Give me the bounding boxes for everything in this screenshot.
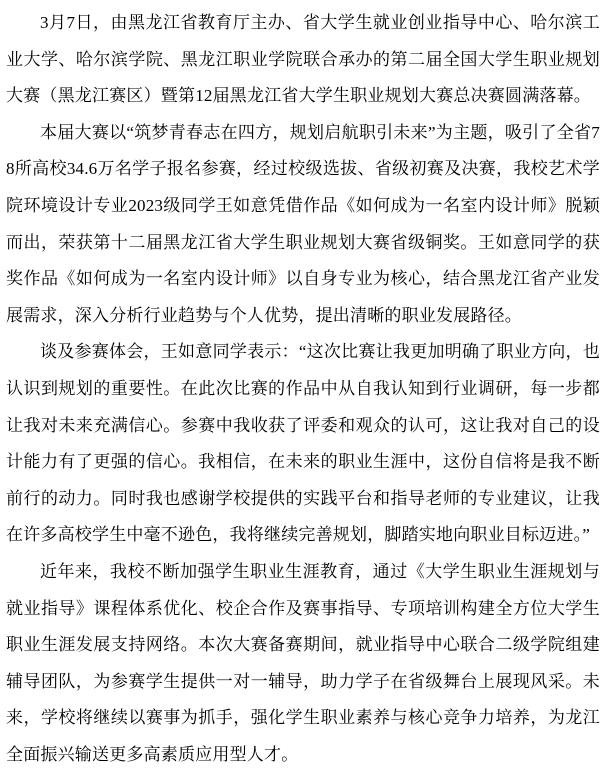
paragraph-competition-conclusion: 3月7日，由黑龙江省教育厅主办、省大学生就业创业指导中心、哈尔滨工业大学、哈尔滨… [6,5,600,115]
paragraph-student-quote: 谈及参赛体会，王如意同学表示：“这次比赛让我更加明确了职业方向，也认识到规划的重… [6,334,600,554]
paragraph-award-details: 本届大赛以“筑梦青春志在四方，规划启航职引未来”为主题，吸引了全省78所高校34… [6,115,600,335]
document-page: 3月7日，由黑龙江省教育厅主办、省大学生就业创业指导中心、哈尔滨工业大学、哈尔滨… [0,0,607,772]
paragraph-school-outlook: 近年来，我校不断加强学生职业生涯教育，通过《大学生职业生涯规划与就业指导》课程体… [6,554,600,772]
